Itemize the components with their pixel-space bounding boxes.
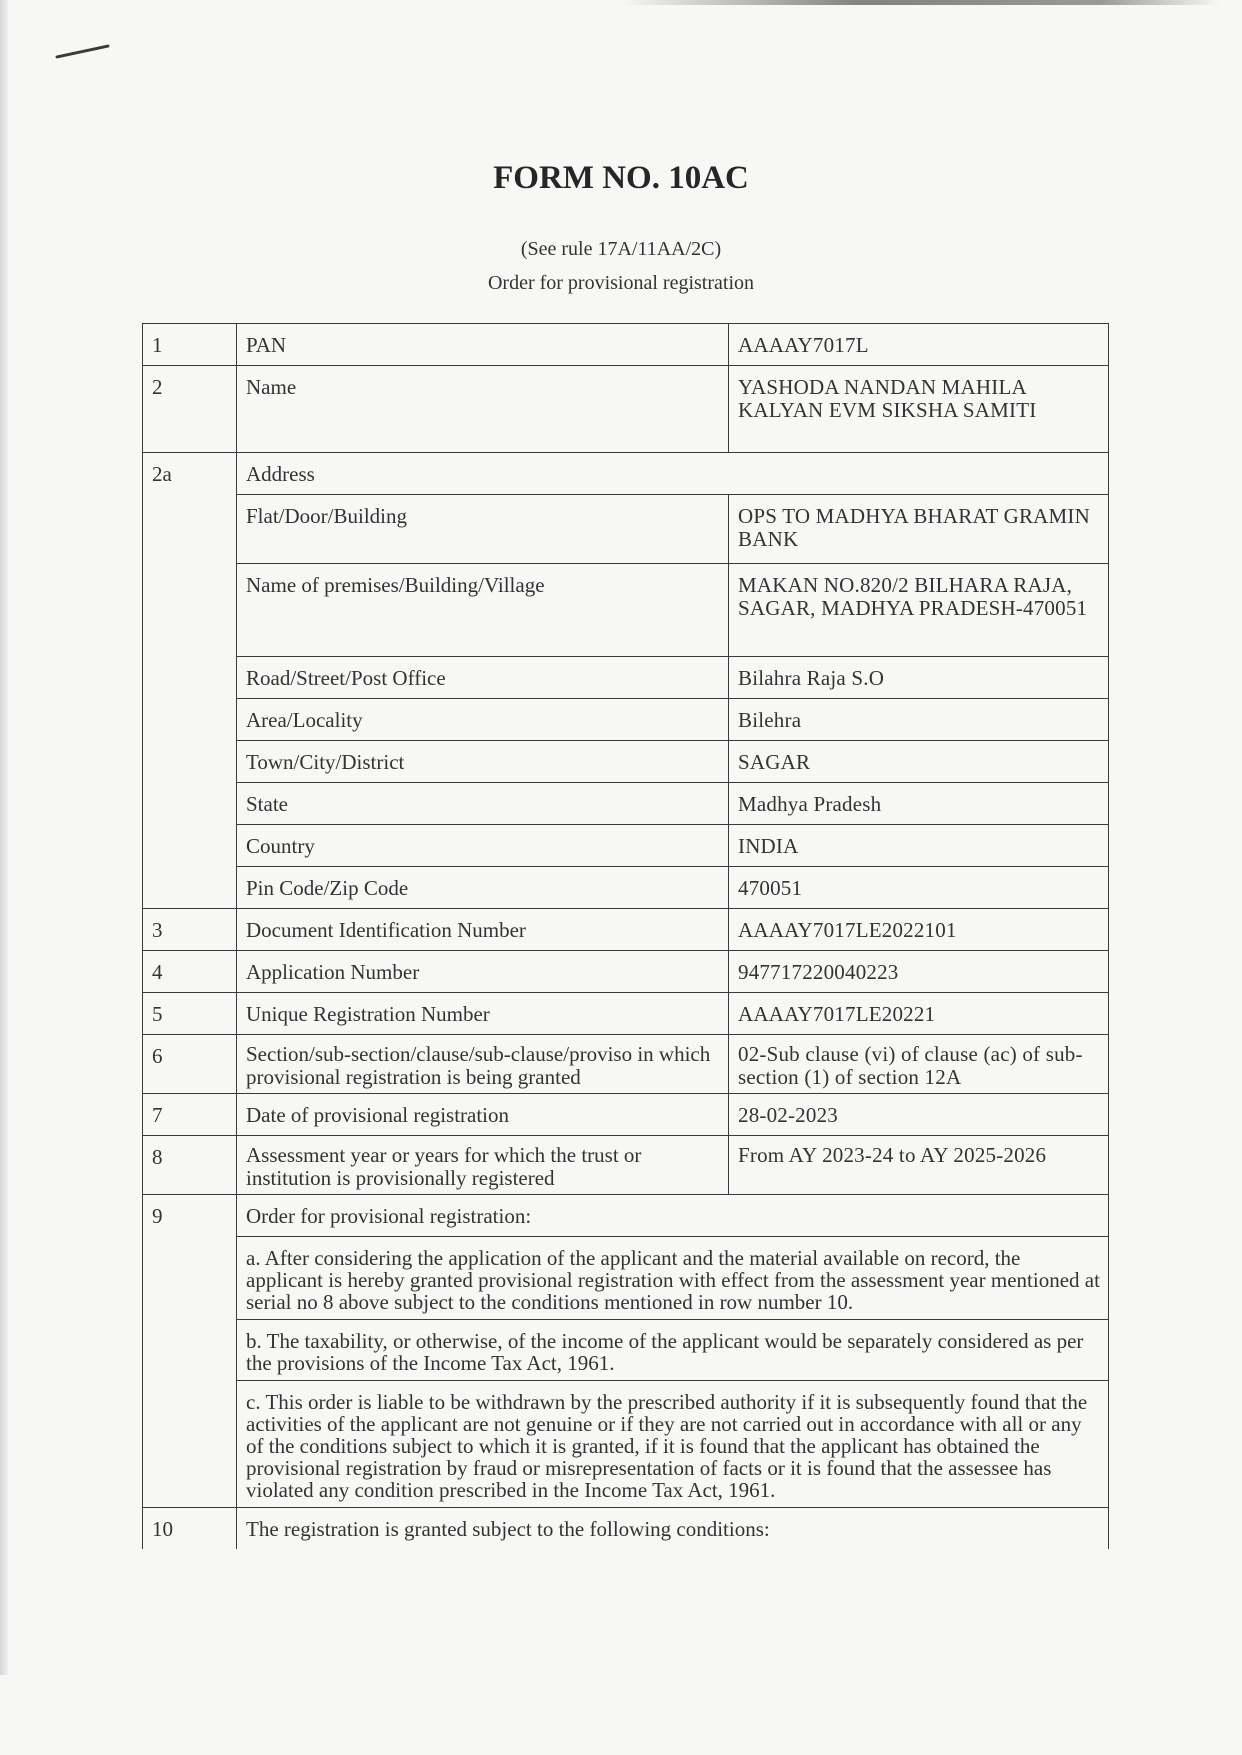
row-number: 5 bbox=[143, 993, 237, 1035]
address-field-label: Pin Code/Zip Code bbox=[237, 867, 729, 909]
address-field-row: Town/City/District SAGAR bbox=[143, 741, 1109, 783]
document-id-value: AAAAY7017LE2022101 bbox=[729, 909, 1109, 951]
address-field-row: Area/Locality Bilehra bbox=[143, 699, 1109, 741]
assessment-year-value: From AY 2023-24 to AY 2025-2026 bbox=[729, 1136, 1109, 1195]
staple-mark bbox=[55, 44, 109, 58]
row-label: Unique Registration Number bbox=[237, 993, 729, 1035]
row-number: 8 bbox=[143, 1136, 237, 1195]
form-heading: Order for provisional registration bbox=[0, 272, 1242, 295]
row-number: 1 bbox=[143, 324, 237, 366]
row-number: 7 bbox=[143, 1094, 237, 1136]
row-number: 4 bbox=[143, 951, 237, 993]
form-rule-reference: (See rule 17A/11AA/2C) bbox=[0, 238, 1242, 261]
row-label: Assessment year or years for which the t… bbox=[237, 1136, 729, 1195]
address-field-row: Road/Street/Post Office Bilahra Raja S.O bbox=[143, 657, 1109, 699]
address-field-value: SAGAR bbox=[729, 741, 1109, 783]
order-paragraph-b: b. The taxability, or otherwise, of the … bbox=[237, 1320, 1109, 1381]
date-value: 28-02-2023 bbox=[729, 1094, 1109, 1136]
order-paragraph-a: a. After considering the application of … bbox=[237, 1237, 1109, 1320]
address-field-value: OPS TO MADHYA BHARAT GRAMIN BANK bbox=[729, 495, 1109, 564]
address-field-label: Country bbox=[237, 825, 729, 867]
address-field-value: MAKAN NO.820/2 BILHARA RAJA, SAGAR, MADH… bbox=[729, 564, 1109, 657]
row-number: 2 bbox=[143, 366, 237, 453]
row-number: 9 bbox=[143, 1195, 237, 1508]
address-field-label: Town/City/District bbox=[237, 741, 729, 783]
row-label: Date of provisional registration bbox=[237, 1094, 729, 1136]
address-field-row: State Madhya Pradesh bbox=[143, 783, 1109, 825]
row-label: Address bbox=[237, 453, 1109, 495]
scan-shadow bbox=[620, 0, 1220, 5]
address-field-row: Name of premises/Building/Village MAKAN … bbox=[143, 564, 1109, 657]
address-field-value: 470051 bbox=[729, 867, 1109, 909]
form-title: FORM NO. 10AC bbox=[0, 160, 1242, 197]
row-label: Document Identification Number bbox=[237, 909, 729, 951]
table-row-unique-registration-number: 5 Unique Registration Number AAAAY7017LE… bbox=[143, 993, 1109, 1035]
address-field-label: State bbox=[237, 783, 729, 825]
row-number: 3 bbox=[143, 909, 237, 951]
name-value: YASHODA NANDAN MAHILA KALYAN EVM SIKSHA … bbox=[729, 366, 1109, 453]
address-field-row: Flat/Door/Building OPS TO MADHYA BHARAT … bbox=[143, 495, 1109, 564]
row-number: 10 bbox=[143, 1508, 237, 1550]
row-label: The registration is granted subject to t… bbox=[237, 1508, 1109, 1550]
section-value: 02-Sub clause (vi) of clause (ac) of sub… bbox=[729, 1035, 1109, 1094]
table-row-name: 2 Name YASHODA NANDAN MAHILA KALYAN EVM … bbox=[143, 366, 1109, 453]
row-label: Name bbox=[237, 366, 729, 453]
address-field-row: Pin Code/Zip Code 470051 bbox=[143, 867, 1109, 909]
row-number: 6 bbox=[143, 1035, 237, 1094]
address-field-label: Area/Locality bbox=[237, 699, 729, 741]
pan-value: AAAAY7017L bbox=[729, 324, 1109, 366]
row-label: PAN bbox=[237, 324, 729, 366]
table-row-date: 7 Date of provisional registration 28-02… bbox=[143, 1094, 1109, 1136]
address-field-label: Flat/Door/Building bbox=[237, 495, 729, 564]
address-field-value: Bilehra bbox=[729, 699, 1109, 741]
table-row-address: 2a Address bbox=[143, 453, 1109, 495]
address-field-value: Madhya Pradesh bbox=[729, 783, 1109, 825]
row-label: Order for provisional registration: bbox=[237, 1195, 1109, 1237]
address-field-label: Road/Street/Post Office bbox=[237, 657, 729, 699]
table-row-document-id: 3 Document Identification Number AAAAY70… bbox=[143, 909, 1109, 951]
table-row-application-number: 4 Application Number 947717220040223 bbox=[143, 951, 1109, 993]
order-paragraph-c: c. This order is liable to be withdrawn … bbox=[237, 1381, 1109, 1508]
table-row-pan: 1 PAN AAAAY7017L bbox=[143, 324, 1109, 366]
page-cutoff bbox=[0, 1675, 1242, 1755]
row-label: Section/sub-section/clause/sub-clause/pr… bbox=[237, 1035, 729, 1094]
order-paragraph-row: a. After considering the application of … bbox=[143, 1237, 1109, 1320]
address-field-value: Bilahra Raja S.O bbox=[729, 657, 1109, 699]
order-paragraph-row: b. The taxability, or otherwise, of the … bbox=[143, 1320, 1109, 1381]
table-row-order: 9 Order for provisional registration: bbox=[143, 1195, 1109, 1237]
table-row-assessment-year: 8 Assessment year or years for which the… bbox=[143, 1136, 1109, 1195]
address-field-row: Country INDIA bbox=[143, 825, 1109, 867]
registration-table: 1 PAN AAAAY7017L 2 Name YASHODA NANDAN M… bbox=[142, 323, 1109, 1549]
address-field-label: Name of premises/Building/Village bbox=[237, 564, 729, 657]
row-label: Application Number bbox=[237, 951, 729, 993]
application-number-value: 947717220040223 bbox=[729, 951, 1109, 993]
address-field-value: INDIA bbox=[729, 825, 1109, 867]
order-paragraph-row: c. This order is liable to be withdrawn … bbox=[143, 1381, 1109, 1508]
row-number: 2a bbox=[143, 453, 237, 909]
table-row-conditions: 10 The registration is granted subject t… bbox=[143, 1508, 1109, 1550]
urn-value: AAAAY7017LE20221 bbox=[729, 993, 1109, 1035]
table-row-section: 6 Section/sub-section/clause/sub-clause/… bbox=[143, 1035, 1109, 1094]
scan-edge bbox=[0, 0, 8, 1755]
